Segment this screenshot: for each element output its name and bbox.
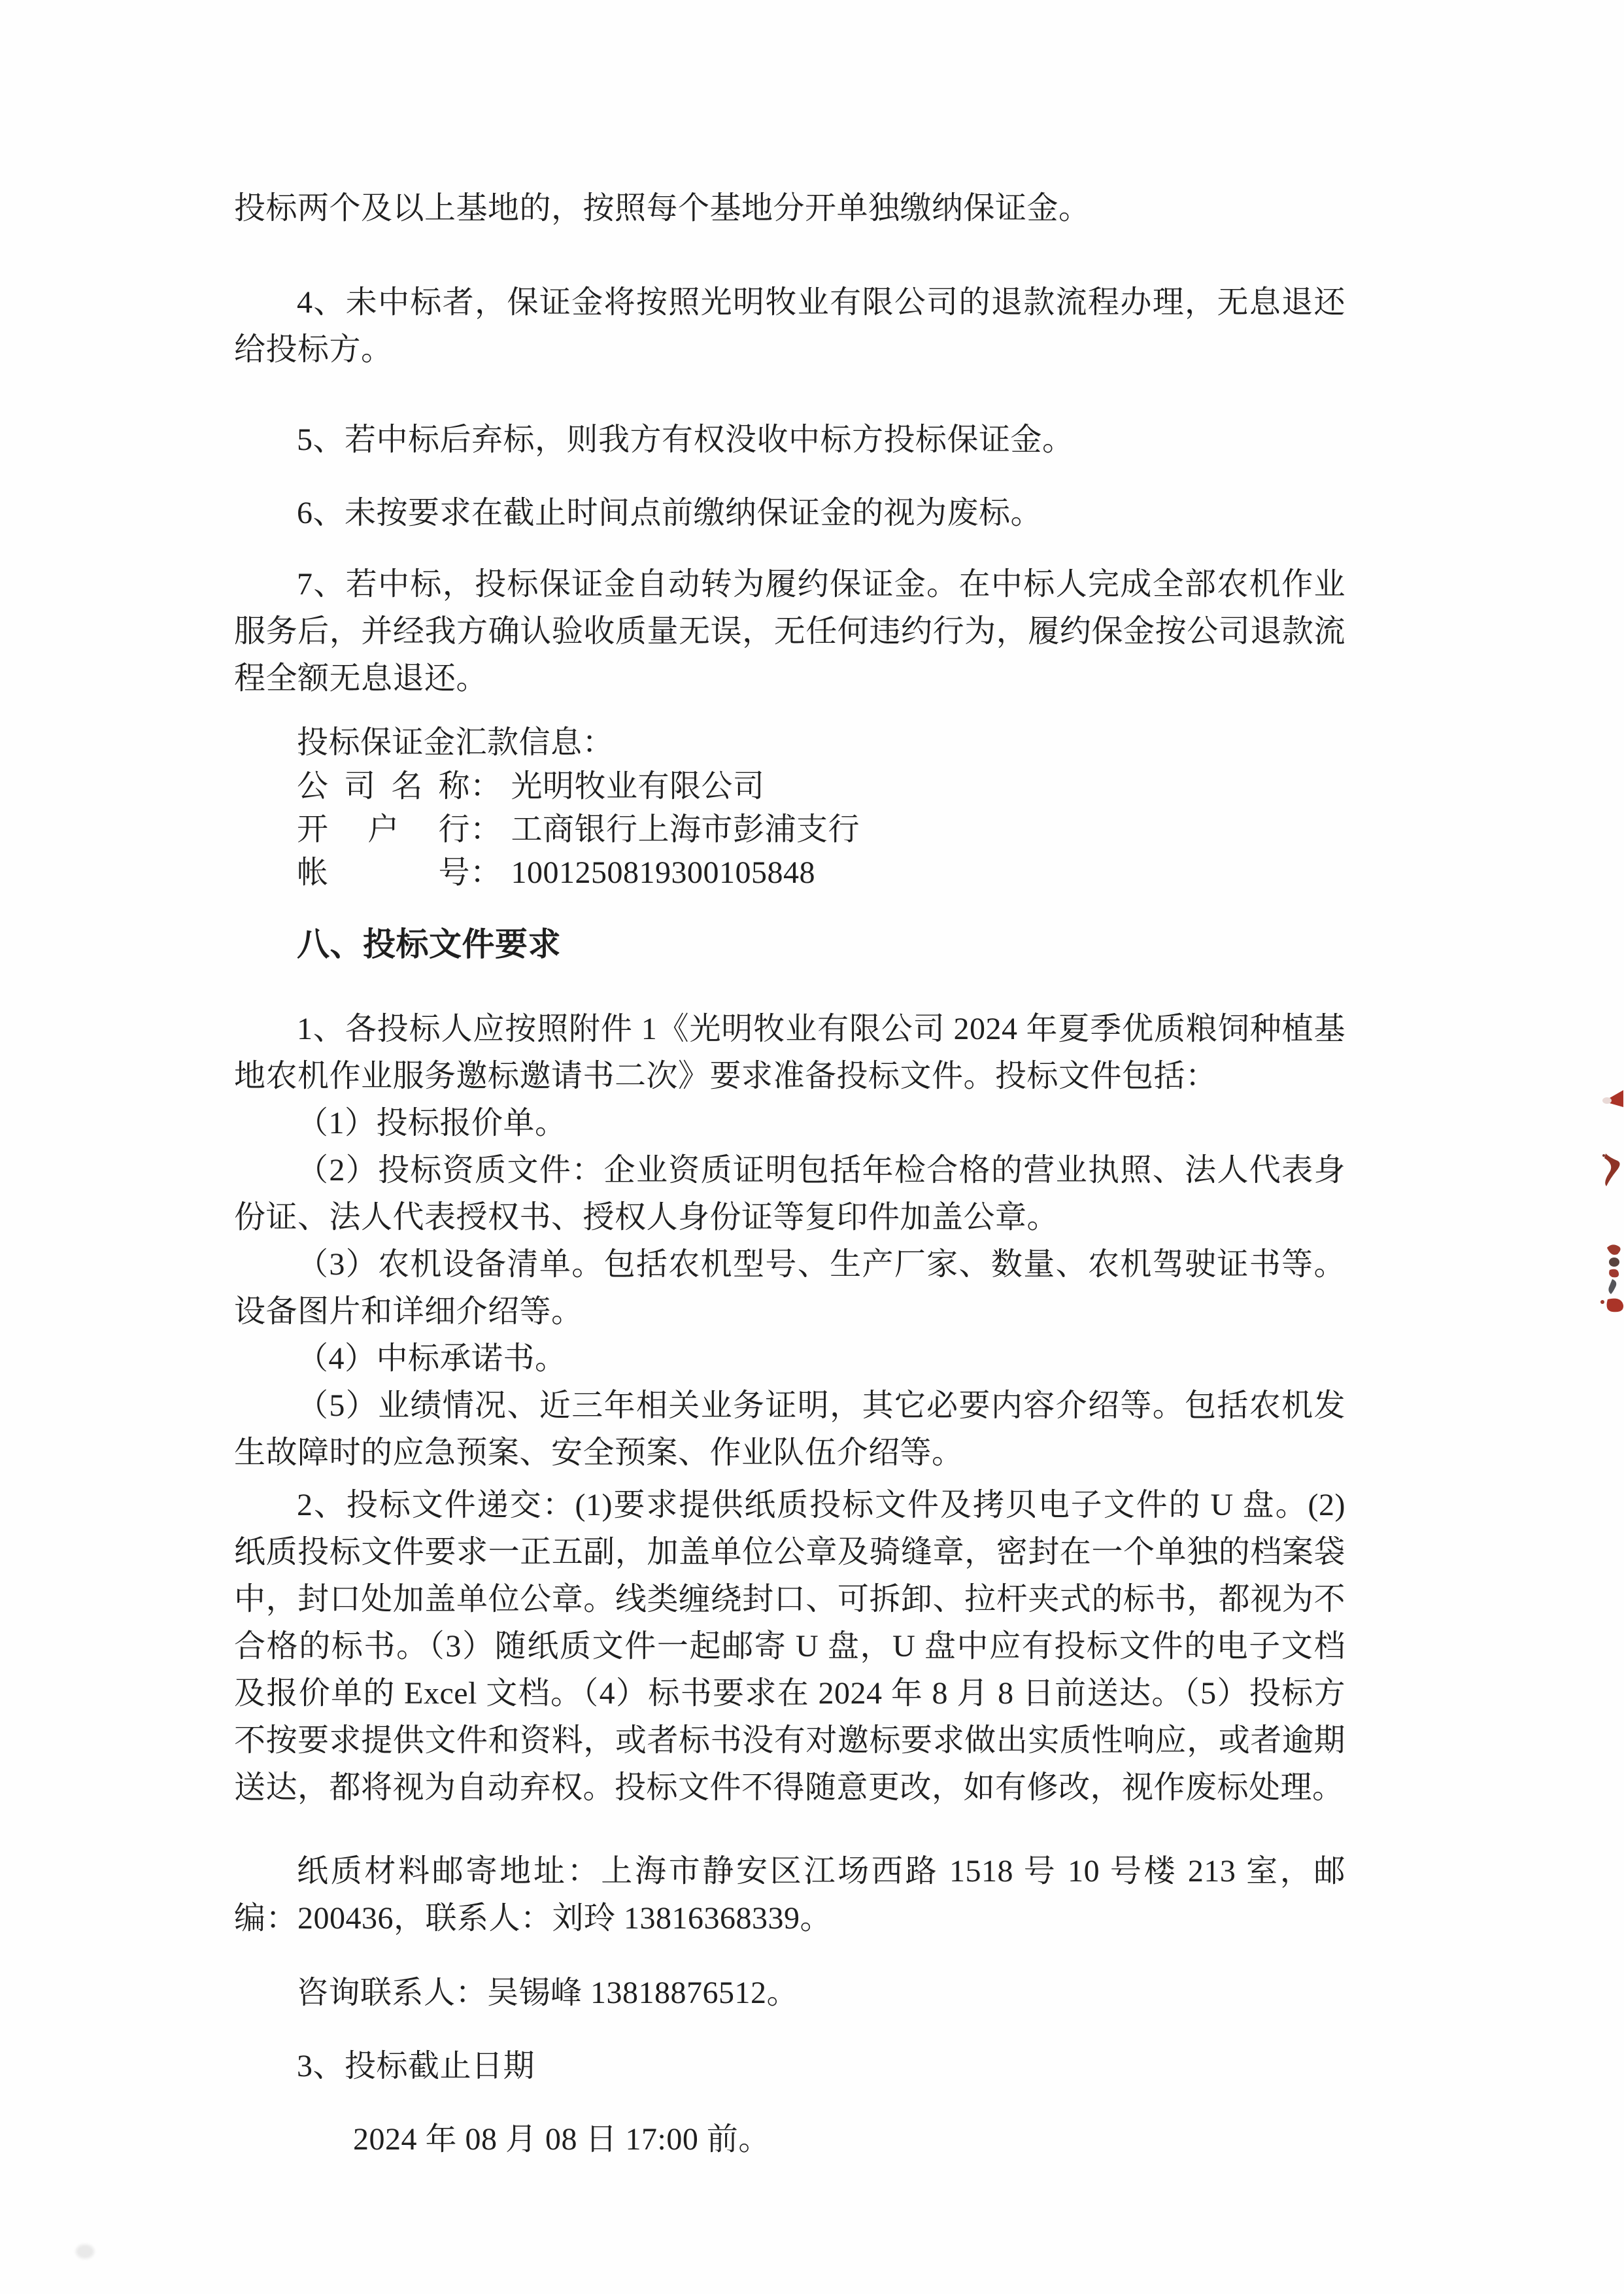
section8-requirements-block: 1、各投标人应按照附件 1《光明牧业有限公司 2024 年夏季优质粮饲种植基地农… bbox=[234, 1006, 1345, 1477]
paragraph-deposit-item-7: 7、若中标，投标保证金自动转为履约保证金。在中标人完成全部农机作业服务后，并经我… bbox=[234, 561, 1345, 702]
paragraph-mailing-address: 纸质材料邮寄地址：上海市静安区江场西路 1518 号 10 号楼 213 室，邮… bbox=[234, 1848, 1345, 1942]
remittance-title: 投标保证金汇款信息： bbox=[234, 719, 1345, 766]
red-ink-mark-3 bbox=[1603, 1242, 1624, 1298]
paragraph-section8-2: 2、投标文件递交：(1)要求提供纸质投标文件及拷贝电子文件的 U 盘。(2)纸质… bbox=[234, 1482, 1345, 1811]
paragraph-deposit-item-5: 5、若中标后弃标，则我方有权没收中标方投标保证金。 bbox=[234, 417, 1345, 464]
red-ink-mark-1 bbox=[1602, 1089, 1624, 1111]
paragraph-section8-1: 1、各投标人应按照附件 1《光明牧业有限公司 2024 年夏季优质粮饲种植基地农… bbox=[234, 1006, 1345, 1100]
remittance-separator: ： bbox=[470, 855, 502, 890]
paragraph-deposit-item-6: 6、未按要求在截止时间点前缴纳保证金的视为废标。 bbox=[234, 490, 1345, 537]
remittance-label-company: 公司名称 bbox=[297, 765, 470, 808]
scan-smudge-artifact bbox=[76, 2244, 94, 2259]
paragraph-deposit-continuation: 投标两个及以上基地的，按照每个基地分开单独缴纳保证金。 bbox=[234, 185, 1345, 232]
remittance-label-bank: 开户行 bbox=[297, 808, 470, 851]
paragraph-consult-contact: 咨询联系人：吴锡峰 13818876512。 bbox=[234, 1970, 1345, 2017]
remittance-row-account: 帐号：1001250819300105848 bbox=[234, 851, 1345, 895]
paragraph-deadline-date: 2024 年 08 月 08 日 17:00 前。 bbox=[234, 2116, 1345, 2163]
section-heading-8: 八、投标文件要求 bbox=[234, 921, 1345, 968]
remittance-label-account: 帐号 bbox=[297, 851, 470, 895]
remittance-value-account: 1001250819300105848 bbox=[511, 855, 816, 890]
remittance-table: 公司名称：光明牧业有限公司 开户行：工商银行上海市彭浦支行 帐号：1001250… bbox=[234, 765, 1345, 895]
remittance-value-bank: 工商银行上海市彭浦支行 bbox=[511, 812, 860, 847]
subitem-5: （5）业绩情况、近三年相关业务证明，其它必要内容介绍等。包括农机发生故障时的应急… bbox=[234, 1382, 1345, 1477]
subitem-1: （1）投标报价单。 bbox=[234, 1100, 1345, 1147]
paragraph-section8-3-heading: 3、投标截止日期 bbox=[234, 2043, 1345, 2090]
red-ink-mark-2 bbox=[1600, 1154, 1624, 1191]
scanned-document-page: 投标两个及以上基地的，按照每个基地分开单独缴纳保证金。 4、未中标者，保证金将按… bbox=[0, 0, 1624, 2294]
subitem-3: （3）农机设备清单。包括农机型号、生产厂家、数量、农机驾驶证书等。设备图片和详细… bbox=[234, 1241, 1345, 1335]
remittance-value-company: 光明牧业有限公司 bbox=[511, 769, 765, 804]
remittance-row-bank: 开户行：工商银行上海市彭浦支行 bbox=[234, 808, 1345, 851]
remittance-separator: ： bbox=[470, 769, 502, 804]
remittance-separator: ： bbox=[470, 812, 502, 847]
subitem-4: （4）中标承诺书。 bbox=[234, 1335, 1345, 1382]
remittance-row-company: 公司名称：光明牧业有限公司 bbox=[234, 765, 1345, 808]
subitem-2: （2）投标资质文件：企业资质证明包括年检合格的营业执照、法人代表身份证、法人代表… bbox=[234, 1147, 1345, 1241]
red-ink-mark-4 bbox=[1599, 1296, 1624, 1319]
paragraph-deposit-item-4: 4、未中标者，保证金将按照光明牧业有限公司的退款流程办理，无息退还给投标方。 bbox=[234, 279, 1345, 373]
